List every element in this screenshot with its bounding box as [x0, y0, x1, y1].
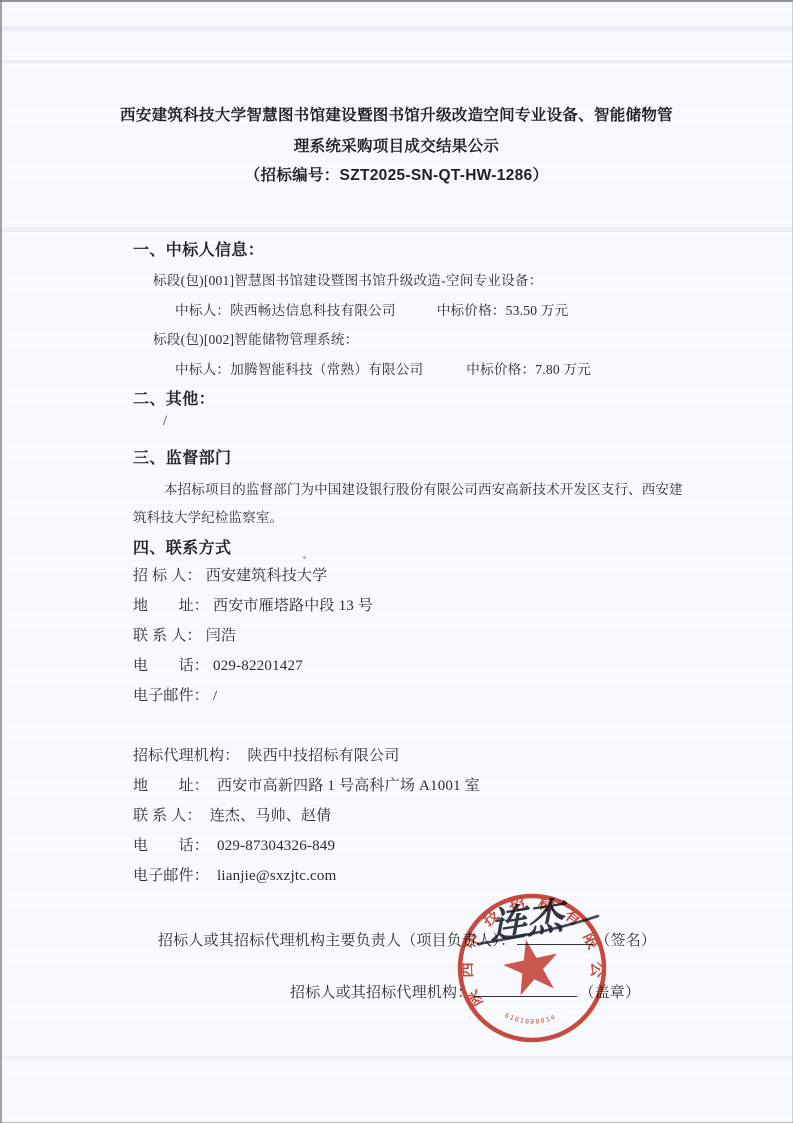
- svg-text:6101000014: 6101000014: [502, 1001, 558, 1032]
- document-title-line1: 西安建筑科技大学智慧图书馆建设暨图书馆升级改造空间专业设备、智能储物管: [0, 106, 793, 126]
- tenderer-person-value: 闫浩: [206, 628, 236, 644]
- agency-email-value: lianjie@sxzjtc.com: [217, 868, 336, 884]
- tenderer-email-value: /: [213, 688, 217, 704]
- tenderer-row-phone: 电 话：029-82201427: [133, 657, 303, 677]
- lot-001-price: 中标价格：53.50 万元: [437, 303, 569, 318]
- tenderer-phone-label: 电 话：: [133, 658, 209, 674]
- supervision-paragraph-line2: 筑科技大学纪检监察室。: [133, 509, 283, 527]
- tenderer-name-value: 西安建筑科技大学: [206, 568, 328, 584]
- tenderer-row-address: 地 址：西安市雁塔路中段 13 号: [133, 597, 373, 617]
- seal-code: 6101000014: [502, 1001, 558, 1032]
- section-heading-other: 二、其他：: [133, 390, 215, 411]
- tender-number-line: （招标编号：SZT2025-SN-QT-HW-1286）: [0, 166, 793, 186]
- scan-artifact-band: [0, 1056, 793, 1060]
- agency-person-label: 联 系 人：: [133, 808, 202, 824]
- lot-002-winner: 中标人：加腾智能科技（常熟）有限公司: [175, 362, 423, 377]
- agency-row-phone: 电 话：029-87304326-849: [133, 837, 335, 857]
- section-heading-contact: 四、联系方式: [133, 539, 231, 560]
- tenderer-email-label: 电子邮件：: [133, 688, 209, 704]
- lot-002-winner-line: 中标人：加腾智能科技（常熟）有限公司中标价格：7.80 万元: [175, 361, 591, 379]
- tenderer-row-contact-person: 联 系 人：闫浩: [133, 627, 236, 647]
- handwritten-name: 连杰: [489, 895, 569, 948]
- handwritten-signature: 连杰: [470, 880, 635, 965]
- tenderer-row-name: 招 标 人：西安建筑科技大学: [133, 567, 327, 587]
- agency-person-value: 连杰、马帅、赵倩: [210, 808, 332, 824]
- tenderer-address-value: 西安市雁塔路中段 13 号: [213, 598, 373, 614]
- agency-address-label: 地 址：: [133, 778, 209, 794]
- document-title-line2: 理系统采购项目成交结果公示: [0, 137, 793, 157]
- section-heading-winner-info: 一、中标人信息：: [133, 241, 264, 262]
- agency-phone-label: 电 话：: [133, 838, 209, 854]
- supervision-paragraph-line1: 本招标项目的监督部门为中国建设银行股份有限公司西安高新技术开发区支行、西安建: [164, 481, 683, 499]
- agency-address-value: 西安市高新四路 1 号高科广场 A1001 室: [217, 778, 480, 794]
- lot-002-line: 标段(包)[002]智能储物管理系统：: [153, 331, 358, 349]
- tenderer-phone-value: 029-82201427: [213, 658, 303, 674]
- document-page: 西安建筑科技大学智慧图书馆建设暨图书馆升级改造空间专业设备、智能储物管 理系统采…: [0, 0, 793, 1123]
- scan-artifact-band: [0, 60, 793, 63]
- lot-001-winner-line: 中标人：陕西畅达信息科技有限公司中标价格：53.50 万元: [175, 302, 568, 320]
- agency-row-address: 地 址：西安市高新四路 1 号高科广场 A1001 室: [133, 777, 480, 797]
- lot-002-price: 中标价格：7.80 万元: [466, 362, 591, 377]
- scan-edge-top: [0, 0, 793, 2]
- agency-row-email: 电子邮件：lianjie@sxzjtc.com: [133, 867, 336, 887]
- agency-name-label: 招标代理机构：: [133, 748, 239, 764]
- agency-name-value: 陕西中技招标有限公司: [247, 748, 399, 764]
- tenderer-row-email: 电子邮件：/: [133, 687, 217, 707]
- tenderer-name-label: 招 标 人：: [133, 568, 202, 584]
- agency-row-name: 招标代理机构：陕西中技招标有限公司: [133, 747, 399, 767]
- agency-row-contact-person: 联 系 人：连杰、马帅、赵倩: [133, 807, 331, 827]
- scan-artifact-band: [0, 26, 793, 31]
- lot-001-winner: 中标人：陕西畅达信息科技有限公司: [175, 303, 396, 318]
- tenderer-address-label: 地 址：: [133, 598, 209, 614]
- lot-001-line: 标段(包)[001]智慧图书馆建设暨图书馆升级改造-空间专业设备：: [153, 272, 542, 290]
- section-heading-supervision: 三、监督部门: [133, 449, 231, 470]
- tenderer-person-label: 联 系 人：: [133, 628, 202, 644]
- other-content: /: [163, 412, 167, 432]
- agency-phone-value: 029-87304326-849: [217, 838, 335, 854]
- scan-speck: [303, 556, 306, 559]
- scan-artifact-band: [0, 227, 793, 232]
- agency-email-label: 电子邮件：: [133, 868, 209, 884]
